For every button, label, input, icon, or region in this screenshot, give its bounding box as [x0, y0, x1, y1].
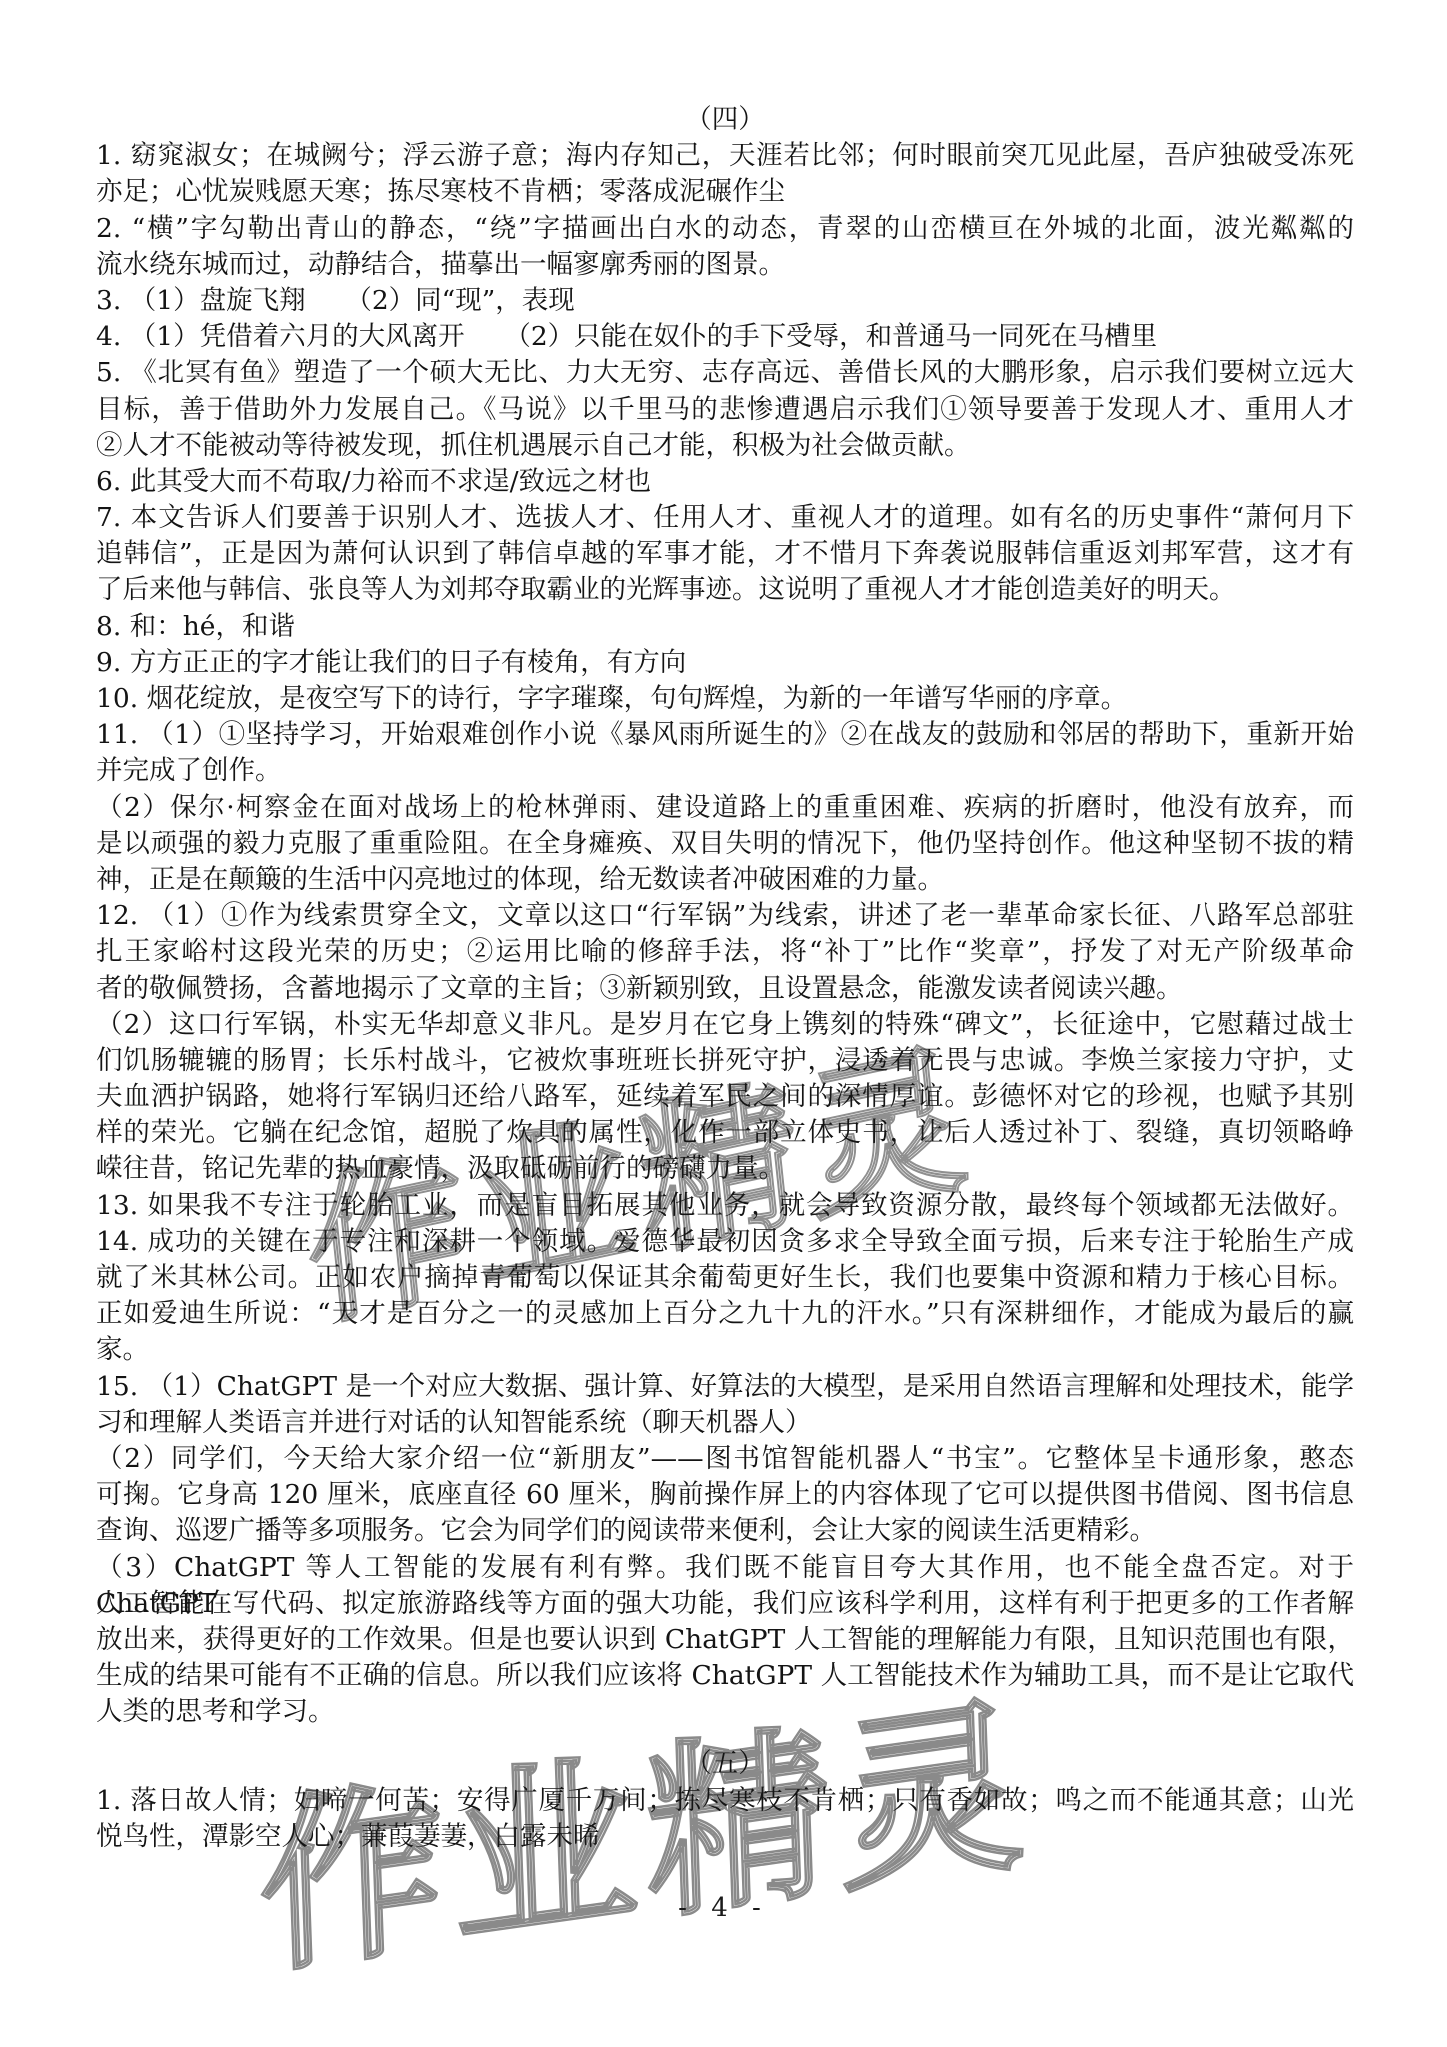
text-line: 8. 和：hé，和谐 [96, 609, 1354, 645]
text-line: 就了米其林公司。正如农户摘掉青葡萄以保证其余葡萄更好生长，我们也要集中资源和精力… [96, 1260, 1354, 1296]
text-line: 扎王家峪村这段光荣的历史；②运用比喻的修辞手法，将“补丁”比作“奖章”，抒发了对… [96, 934, 1354, 970]
text-line: 10. 烟花绽放，是夜空写下的诗行，字字璀璨，句句辉煌，为新的一年谱写华丽的序章… [96, 681, 1354, 717]
text-line: 家。 [96, 1332, 1354, 1368]
text-line: （2）同学们，今天给大家介绍一位“新朋友”——图书馆智能机器人“书宝”。它整体呈… [96, 1441, 1354, 1477]
text-line: 14. 成功的关键在于专注和深耕一个领域。爱德华最初因贪多求全导致全面亏损，后来… [96, 1224, 1354, 1260]
text-line: 夫血洒护锅路，她将行军锅归还给八路军，延续着军民之间的深情厚谊。彭德怀对它的珍视… [96, 1079, 1354, 1115]
section-four-heading: （四） [96, 102, 1354, 138]
text-line: 习和理解人类语言并进行对话的认知智能系统（聊天机器人） [96, 1405, 1354, 1441]
text-line: 人类的思考和学习。 [96, 1694, 1354, 1730]
text-line: 11. （1）①坚持学习，开始艰难创作小说《暴风雨所诞生的》②在战友的鼓励和邻居… [96, 717, 1354, 753]
text-line: 4. （1）凭借着六月的大风离开 （2）只能在奴仆的手下受辱，和普通马一同死在马… [96, 319, 1354, 355]
text-line: 2. “横”字勾勒出青山的静态，“绕”字描画出白水的动态，青翠的山峦横亘在外城的… [96, 211, 1354, 247]
text-line: （2）这口行军锅，朴实无华却意义非凡。是岁月在它身上镌刻的特殊“碑文”，长征途中… [96, 1007, 1354, 1043]
text-line: 13. 如果我不专注于轮胎工业，而是盲目拓展其他业务，就会导致资源分散，最终每个… [96, 1188, 1354, 1224]
text-line: 追韩信”，正是因为萧何认识到了韩信卓越的军事才能，才不惜月下奔袭说服韩信重返刘邦… [96, 536, 1354, 572]
text-line: 7. 本文告诉人们要善于识别人才、选拔人才、任用人才、重视人才的道理。如有名的历… [96, 500, 1354, 536]
text-line: 5. 《北冥有鱼》塑造了一个硕大无比、力大无穷、志存高远、善借长风的大鹏形象，启… [96, 355, 1354, 391]
text-line: 放出来，获得更好的工作效果。但是也要认识到 ChatGPT 人工智能的理解能力有… [96, 1622, 1354, 1658]
text-line: 生成的结果可能有不正确的信息。所以我们应该将 ChatGPT 人工智能技术作为辅… [96, 1658, 1354, 1694]
text-line: 神，正是在颠簸的生活中闪亮地过的体现，给无数读者冲破困难的力量。 [96, 862, 1354, 898]
text-line: 3. （1）盘旋飞翔 （2）同“现”，表现 [96, 283, 1354, 319]
text-line: 是以顽强的毅力克服了重重险阻。在全身瘫痪、双目失明的情况下，他仍坚持创作。他这种… [96, 826, 1354, 862]
text-line: 12. （1）①作为线索贯穿全文，文章以这口“行军锅”为线索，讲述了老一辈革命家… [96, 898, 1354, 934]
section-gap [96, 1730, 1354, 1746]
text-line: （3）ChatGPT 等人工智能的发展有利有弊。我们既不能盲目夸大其作用，也不能… [96, 1550, 1354, 1586]
text-line: 并完成了创作。 [96, 753, 1354, 789]
text-line: 9. 方方正正的字才能让我们的日子有棱角，有方向 [96, 645, 1354, 681]
text-line: 目标，善于借助外力发展自己。《马说》以千里马的悲惨遭遇启示我们①领导要善于发现人… [96, 392, 1354, 428]
text-line: 正如爱迪生所说：“天才是百分之一的灵感加上百分之九十九的汗水。”只有深耕细作，才… [96, 1296, 1354, 1332]
text-line: 亦足；心忧炭贱愿天寒；拣尽寒枝不肯栖；零落成泥碾作尘 [96, 174, 1354, 210]
text-line: 们饥肠辘辘的肠胃；长乐村战斗，它被炊事班班长拼死守护，浸透着无畏与忠诚。李焕兰家… [96, 1043, 1354, 1079]
text-line: 查询、巡逻广播等多项服务。它会为同学们的阅读带来便利，会让大家的阅读生活更精彩。 [96, 1513, 1354, 1549]
text-line: 1. 落日故人情；妇啼一何苦；安得广厦千万间；拣尽寒枝不肯栖；只有香如故；鸣之而… [96, 1783, 1354, 1819]
text-line: （2）保尔·柯察金在面对战场上的枪林弹雨、建设道路上的重重困难、疾病的折磨时，他… [96, 790, 1354, 826]
text-line: 可掬。它身高 120 厘米，底座直径 60 厘米，胸前操作屏上的内容体现了它可以… [96, 1477, 1354, 1513]
text-line: 样的荣光。它躺在纪念馆，超脱了炊具的属性，化作一部立体史书，让后人透过补丁、裂缝… [96, 1115, 1354, 1151]
section-five-heading: （五） [96, 1746, 1354, 1782]
text-line: 了后来他与韩信、张良等人为刘邦夺取霸业的光辉事迹。这说明了重视人才才能创造美好的… [96, 572, 1354, 608]
text-line: 者的敬佩赞扬，含蓄地揭示了文章的主旨；③新颖别致，且设置悬念，能激发读者阅读兴趣… [96, 971, 1354, 1007]
text-line: 15. （1）ChatGPT 是一个对应大数据、强计算、好算法的大模型，是采用自… [96, 1369, 1354, 1405]
page-number: - 4 - [0, 1893, 1447, 1923]
text-line: 人工智能在写代码、拟定旅游路线等方面的强大功能，我们应该科学利用，这样有利于把更… [96, 1586, 1354, 1622]
text-line: ②人才不能被动等待被发现，抓住机遇展示自己才能，积极为社会做贡献。 [96, 428, 1354, 464]
text-line: 悦鸟性，潭影空人心；蒹葭萋萋，白露未晞 [96, 1819, 1354, 1855]
text-line: 嵘往昔，铭记先辈的热血豪情，汲取砥砺前行的磅礴力量。 [96, 1151, 1354, 1187]
text-line: 6. 此其受大而不苟取/力裕而不求逞/致远之材也 [96, 464, 1354, 500]
scanned-answer-page: { "page": { "number_label": "- 4 -" }, "… [0, 0, 1447, 2047]
text-line: 1. 窈窕淑女；在城阙兮；浮云游子意；海内存知己，天涯若比邻；何时眼前突兀见此屋… [96, 138, 1354, 174]
answer-sheet-content: （四） 1. 窈窕淑女；在城阙兮；浮云游子意；海内存知己，天涯若比邻；何时眼前突… [96, 102, 1354, 1855]
text-line: 流水绕东城而过，动静结合，描摹出一幅寥廓秀丽的图景。 [96, 247, 1354, 283]
